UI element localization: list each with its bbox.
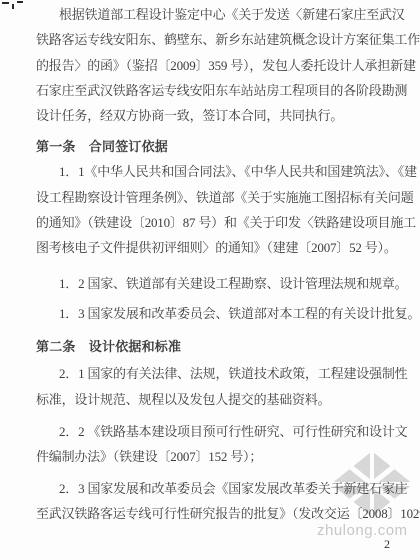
- text-line: 1．3 国家发展和改革委员会、铁道部对本工程的有关设计批复。: [36, 301, 406, 326]
- text-line: 标准，设计规范、规程以及发包人提交的基础资料。: [36, 387, 406, 412]
- text-line: 2．2 《铁路基本建设项目预可行性研究、可行性研究和设计文: [36, 419, 406, 444]
- text-line: 铁路客运专线安阳东、鹤壁东、新乡东站建筑概念设计方案征集工作: [36, 27, 406, 52]
- text-line: 设计任务，经双方协商一致，签订本合同，共同执行。: [36, 103, 406, 128]
- text-line: 2．3 国家发展和改革委员会《国家发展改革委关于新建石家庄: [36, 476, 406, 501]
- paragraph-intro: 根据铁道部工程设计鉴定中心《关于发送〈新建石家庄至武汉 铁路客运专线安阳东、鹤壁…: [36, 2, 406, 128]
- paragraph-2-2: 2．2 《铁路基本建设项目预可行性研究、可行性研究和设计文 件编制办法》（铁建设…: [36, 419, 406, 470]
- document-body: 根据铁道部工程设计鉴定中心《关于发送〈新建石家庄至武汉 铁路客运专线安阳东、鹤壁…: [0, 0, 420, 526]
- contract-document-page: zhulong.com 根据铁道部工程设计鉴定中心《关于发送〈新建石家庄至武汉 …: [0, 0, 420, 560]
- text-line: 1．2 国家、铁道部有关建设工程勘察、设计管理法规和规章。: [36, 271, 406, 296]
- text-line: 图考核电子文件提供初评细则〉的通知》（建建〔2007〕52 号）。: [36, 235, 406, 260]
- text-line: 件编制办法》（铁建设〔2007〕152 号）；: [36, 444, 406, 469]
- text-line: 的通知》（铁建设〔2010〕87 号）和《关于印发〈铁路建设项目施工: [36, 210, 406, 235]
- text-line: 2．1 国家的有关法律、法规，铁道技术政策，工程建设强制性: [36, 361, 406, 386]
- text-line: 的报告〉的函》（鉴招〔2009〕359 号），发包人委托设计人承担新建: [36, 53, 406, 78]
- paragraph-2-3: 2．3 国家发展和改革委员会《国家发展改革委关于新建石家庄 至武汉铁路客运专线可…: [36, 476, 406, 527]
- paragraph-1-3: 1．3 国家发展和改革委员会、铁道部对本工程的有关设计批复。: [36, 301, 406, 326]
- clause-2-heading: 第二条 设计依据和标准: [36, 334, 406, 359]
- text-line: 至武汉铁路客运专线可行性研究报告的批复》（发改交运〔2008〕1029: [36, 501, 406, 526]
- page-number: 2: [384, 537, 390, 552]
- text-line: 1．1《中华人民共和国合同法》、《中华人民共和国建筑法》、《建: [36, 159, 406, 184]
- text-line: 设工程勘察设计管理条例》、铁道部《关于实施施工图招标有关问题: [36, 185, 406, 210]
- paragraph-1-1: 1．1《中华人民共和国合同法》、《中华人民共和国建筑法》、《建 设工程勘察设计管…: [36, 159, 406, 260]
- heading-text: 第二条 设计依据和标准: [36, 334, 406, 359]
- text-line: 石家庄至武汉铁路客运专线安阳东车站站房工程项目的各阶段勘测: [36, 78, 406, 103]
- paragraph-1-2: 1．2 国家、铁道部有关建设工程勘察、设计管理法规和规章。: [36, 271, 406, 296]
- paragraph-2-1: 2．1 国家的有关法律、法规，铁道技术政策，工程建设强制性 标准，设计规范、规程…: [36, 361, 406, 412]
- clause-1-heading: 第一条 合同签订依据: [36, 134, 406, 159]
- heading-text: 第一条 合同签订依据: [36, 134, 406, 159]
- text-line: 根据铁道部工程设计鉴定中心《关于发送〈新建石家庄至武汉: [36, 2, 406, 27]
